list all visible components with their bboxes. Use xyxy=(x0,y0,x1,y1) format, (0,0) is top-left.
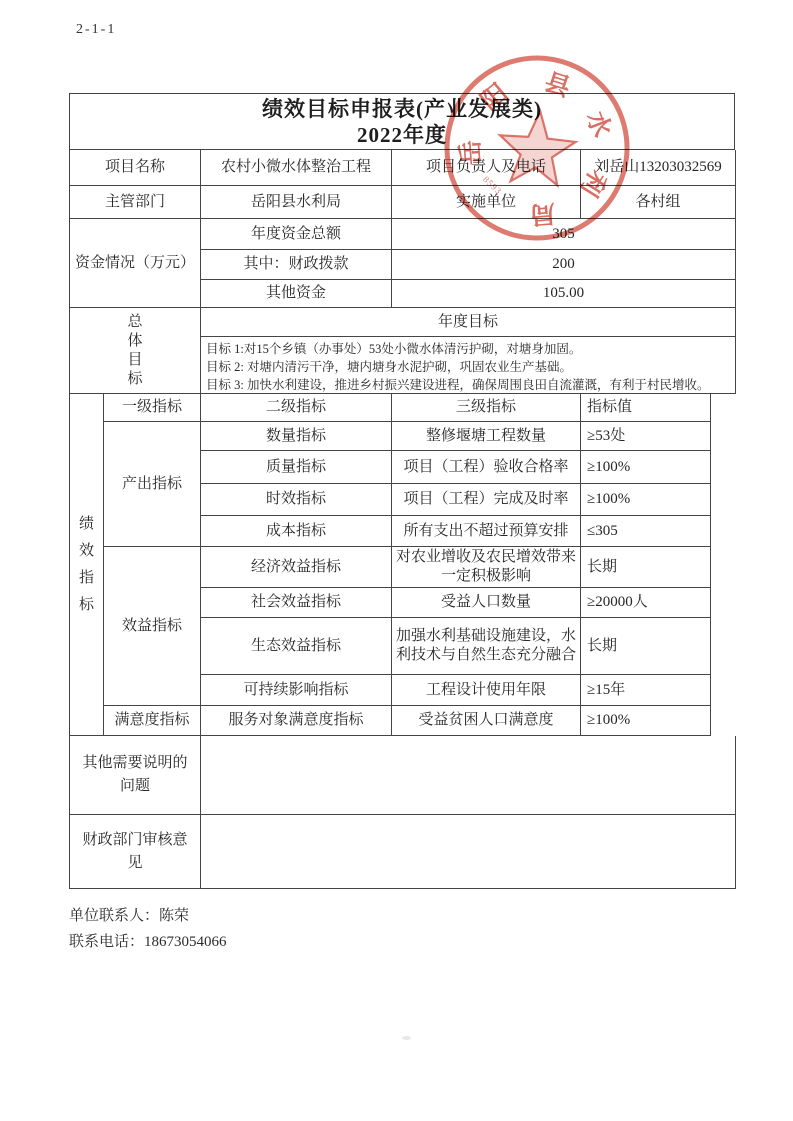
overall-goal-side-label-text: 总体目标 xyxy=(126,313,144,389)
output-row-time-l2: 时效指标 xyxy=(201,484,392,516)
header-level1: 一级指标 xyxy=(104,394,201,422)
satisfaction-row-l2: 服务对象满意度指标 xyxy=(201,706,392,736)
output-row-qty-l3: 整修堰塘工程数量 xyxy=(392,422,581,451)
funding-label: 资金情况（万元） xyxy=(70,219,201,308)
audit-opinion-label-text: 财政部门审核意见 xyxy=(81,829,189,875)
contact-person-line: 单位联系人：陈荣 xyxy=(69,904,189,925)
indicators-side-label-text: 绩效指标 xyxy=(78,511,96,619)
benefit-row-social-l2: 社会效益指标 xyxy=(201,588,392,618)
benefit-row-sustain-l3: 工程设计使用年限 xyxy=(392,675,581,706)
goal-line-2: 目标 2: 对塘内清污干净，塘内塘身水泥护砌，巩固农业生产基础。 xyxy=(206,358,731,376)
scan-smudge xyxy=(402,1036,411,1040)
overall-goal-side-label: 总体目标 xyxy=(70,308,201,394)
funding-row-fiscal-value: 200 xyxy=(392,250,736,280)
funding-row-total-label: 年度资金总额 xyxy=(201,219,392,250)
benefit-row-eco-l3: 加强水利基础设施建设，水 利技术与自然生态充分融合 xyxy=(392,618,581,675)
goal-line-3: 目标 3: 加快水利建设，推进乡村振兴建设进程，确保周围良田自流灌溉，有利于村民… xyxy=(206,376,731,394)
audit-opinion-value xyxy=(201,815,736,889)
funding-row-fiscal-label: 其中：财政拨款 xyxy=(201,250,392,280)
funding-row-other-label: 其他资金 xyxy=(201,280,392,308)
output-row-time-value: ≥100% xyxy=(581,484,711,516)
benefit-row-social-l3: 受益人口数量 xyxy=(392,588,581,618)
output-row-qty-value: ≥53处 xyxy=(581,422,711,451)
satisfaction-row-l3: 受益贫困人口满意度 xyxy=(392,706,581,736)
dept-value: 岳阳县水利局 xyxy=(201,186,392,219)
annual-goal-text: 目标 1:对15个乡镇（办事处）53处小微水体清污护砌，对塘身加固。 目标 2:… xyxy=(201,337,736,394)
other-issues-label: 其他需要说明的问题 xyxy=(70,736,201,815)
impl-unit-label: 实施单位 xyxy=(392,186,581,219)
project-name-value: 农村小微水体整治工程 xyxy=(201,150,392,186)
indicators-section: 绩效指标 一级指标 二级指标 三级指标 指标值 产出指标 数量指标 整修堰塘工程… xyxy=(69,394,710,736)
header-level2: 二级指标 xyxy=(201,394,392,422)
output-row-cost-l3: 所有支出不超过预算安排 xyxy=(392,516,581,547)
header-value: 指标值 xyxy=(581,394,711,422)
project-leader-label: 项目负责人及电话 xyxy=(392,150,581,186)
group-output-label: 产出指标 xyxy=(104,422,201,547)
output-row-quality-l3: 项目（工程）验收合格率 xyxy=(392,451,581,484)
bottom-section: 其他需要说明的问题 财政部门审核意见 xyxy=(69,736,735,889)
indicators-side-label: 绩效指标 xyxy=(70,394,104,736)
funding-row-total-value: 305 xyxy=(392,219,736,250)
benefit-row-social-value: ≥20000人 xyxy=(581,588,711,618)
other-issues-value xyxy=(201,736,736,815)
contact-phone-line: 联系电话：18673054066 xyxy=(69,930,227,951)
benefit-row-eco-l2: 生态效益指标 xyxy=(201,618,392,675)
benefit-row-econ-value: 长期 xyxy=(581,547,711,588)
output-row-quality-value: ≥100% xyxy=(581,451,711,484)
funding-row-other-value: 105.00 xyxy=(392,280,736,308)
form-title-block: 绩效目标申报表(产业发展类) 2022年度 xyxy=(69,93,735,150)
benefit-row-sustain-l2: 可持续影响指标 xyxy=(201,675,392,706)
goal-line-1: 目标 1:对15个乡镇（办事处）53处小微水体清污护砌，对塘身加固。 xyxy=(206,340,731,358)
form-title: 绩效目标申报表(产业发展类) xyxy=(262,96,542,122)
overall-goal-section: 总体目标 年度目标 目标 1:对15个乡镇（办事处）53处小微水体清污护砌，对塘… xyxy=(69,308,735,394)
page-corner-code: 2-1-1 xyxy=(76,22,116,38)
declaration-form-table: 绩效目标申报表(产业发展类) 2022年度 项目名称 农村小微水体整治工程 项目… xyxy=(69,93,735,889)
output-row-time-l3: 项目（工程）完成及时率 xyxy=(392,484,581,516)
benefit-row-sustain-value: ≥15年 xyxy=(581,675,711,706)
header-level3: 三级指标 xyxy=(392,394,581,422)
group-benefit-label: 效益指标 xyxy=(104,547,201,706)
audit-opinion-label: 财政部门审核意见 xyxy=(70,815,201,889)
output-row-cost-l2: 成本指标 xyxy=(201,516,392,547)
benefit-row-eco-value: 长期 xyxy=(581,618,711,675)
other-issues-label-text: 其他需要说明的问题 xyxy=(81,752,189,798)
form-year: 2022年度 xyxy=(357,122,447,148)
output-row-cost-value: ≤305 xyxy=(581,516,711,547)
satisfaction-row-value: ≥100% xyxy=(581,706,711,736)
info-section: 项目名称 农村小微水体整治工程 项目负责人及电话 刘岳山13203032569 … xyxy=(69,150,735,308)
project-name-label: 项目名称 xyxy=(70,150,201,186)
benefit-row-econ-l3: 对农业增收及农民增效带来 一定积极影响 xyxy=(392,547,581,588)
group-satisfaction-label: 满意度指标 xyxy=(104,706,201,736)
project-leader-value: 刘岳山13203032569 xyxy=(581,150,736,186)
impl-unit-value: 各村组 xyxy=(581,186,736,219)
annual-goal-header: 年度目标 xyxy=(201,308,736,337)
dept-label: 主管部门 xyxy=(70,186,201,219)
output-row-qty-l2: 数量指标 xyxy=(201,422,392,451)
output-row-quality-l2: 质量指标 xyxy=(201,451,392,484)
benefit-row-econ-l2: 经济效益指标 xyxy=(201,547,392,588)
